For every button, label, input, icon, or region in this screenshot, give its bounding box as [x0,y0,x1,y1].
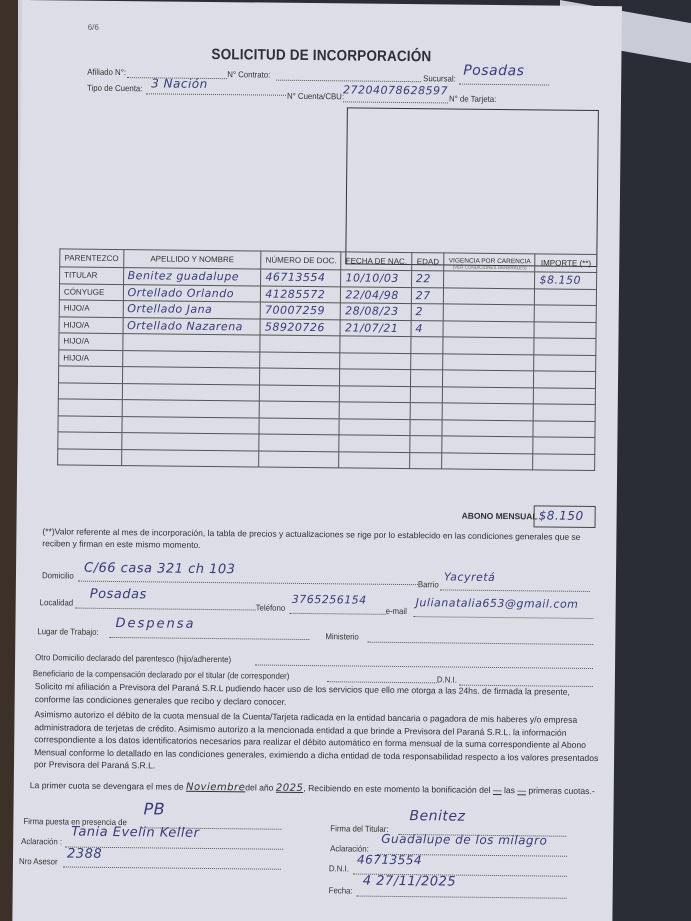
primera-cuota-mes[interactable]: Noviembre [186,782,245,794]
cell-parentezco [58,432,122,449]
cell-parentezco [58,382,122,399]
sucursal-value: Posadas [463,63,524,80]
cell-fecha[interactable] [339,435,410,452]
abono-mensual-value: $8.150 [539,508,584,522]
aclaracion-left-label: Aclaración : [21,836,62,846]
cell-importe[interactable] [533,420,595,437]
cell-vigencia[interactable] [442,452,533,469]
cell-parentezco: CÓNYUGE [59,283,123,300]
cell-nombre[interactable] [122,416,260,434]
tipo-cuenta-label: Tipo de Cuenta: [87,83,142,94]
domicilio-label: Domicilio [42,570,74,580]
cell-doc[interactable] [259,451,339,468]
cell-vigencia[interactable] [444,287,535,304]
cuenta-cbu-label: N° Cuenta/CBU: [287,91,344,102]
cell-nombre[interactable] [121,433,259,451]
trabajo-value: Despensa [115,616,195,632]
cell-importe[interactable] [535,288,597,305]
header-doc: NÚMERO DE DOC. [261,251,341,270]
cuotas-field[interactable]: — [517,785,526,795]
cell-doc[interactable]: 58920726 [260,319,340,336]
dni-label: D.N.I. [329,863,349,873]
cell-fecha[interactable] [340,352,411,369]
cell-fecha[interactable] [340,402,411,419]
cell-vigencia[interactable] [444,271,535,288]
cell-vigencia[interactable] [443,337,534,354]
cell-nombre[interactable]: Ortellado Orlando [123,284,261,302]
cell-parentezco: HIJO/A [59,316,123,333]
beneficiario-field[interactable] [327,671,437,683]
afiliado-label: Afiliado N°: [87,67,126,77]
cell-edad[interactable] [410,386,443,403]
ministerio-label: Ministerio [325,631,359,641]
autorizacion-paragraph: Asimismo autorizo el débito de la cuota … [34,708,605,776]
email-value: Julianatalia653@gmail.com [416,596,579,611]
cell-importe[interactable] [534,404,596,421]
cell-vigencia[interactable] [443,320,534,337]
cell-parentezco: TITULAR [60,267,124,284]
cell-fecha[interactable]: 10/10/03 [341,270,412,287]
beneficiario-dni-label: D.N.I. [437,674,457,684]
cell-nombre[interactable]: Benitez guadalupe [123,268,261,286]
abono-mensual-label: ABONO MENSUAL [462,511,538,522]
cell-fecha[interactable] [339,451,410,468]
contrato-label: N° Contrato: [227,69,270,79]
background-dark-surface [611,0,691,921]
header-importe: IMPORTE (**) [535,254,597,273]
header-fecha: FECHA DE NAC. [341,252,412,271]
trabajo-label: Lugar de Trabajo: [37,626,98,637]
email-label: e-mail [386,606,407,616]
form-page: 6/6 SOLICITUD DE INCORPORACIÓN Afiliado … [12,0,622,921]
cell-importe[interactable] [533,437,595,454]
price-note: (**)Valor referente al mes de incorporac… [42,525,602,555]
cell-importe[interactable] [534,338,596,355]
cell-doc[interactable]: 41285572 [261,286,341,303]
cell-parentezco [58,366,122,383]
cell-vigencia[interactable] [443,370,534,387]
primera-cuota-line: La primer cuota se devengara el mes de N… [30,780,595,797]
localidad-label: Localidad [40,597,74,607]
cell-edad[interactable]: 22 [411,271,444,288]
firma-titular-signature: Benitez [409,808,465,825]
cell-fecha[interactable] [340,336,411,353]
cell-edad[interactable] [409,452,442,469]
cell-doc[interactable] [260,368,340,385]
cell-parentezco [58,399,122,416]
cell-edad[interactable] [410,436,443,453]
otro-domicilio-field[interactable] [255,654,593,669]
cell-importe[interactable] [534,371,596,388]
cell-vigencia[interactable] [442,419,533,436]
cell-nombre[interactable]: Ortellado Nazarena [123,317,261,335]
telefono-value: 3765256154 [292,593,367,607]
cell-doc[interactable] [259,401,339,418]
cell-doc[interactable] [259,434,339,451]
cell-edad[interactable] [411,337,444,354]
otro-domicilio-label: Otro Domicilio declarado del parentesco … [35,652,231,664]
cell-nombre[interactable] [122,334,260,352]
cell-importe[interactable] [533,453,595,470]
photo-box [345,107,599,267]
cell-fecha[interactable] [339,418,410,435]
cell-edad[interactable]: 2 [411,304,444,321]
header-nombre: APELLIDO Y NOMBRE [123,250,261,269]
barrio-value: Yacyretá [444,570,495,584]
tipo-cuenta-value: 3 Nación [151,76,208,91]
cell-vigencia[interactable] [443,386,534,403]
cell-nombre[interactable] [122,383,260,401]
page-number: 6/6 [88,23,99,32]
cell-edad[interactable]: 27 [411,287,444,304]
ministerio-field[interactable] [367,632,593,645]
cell-doc[interactable]: 46713554 [261,269,341,286]
barrio-label: Barrio [418,579,439,589]
cell-edad[interactable] [410,403,443,420]
firma-titular-label: Firma del Titular: [330,823,388,834]
cell-edad[interactable]: 4 [411,320,444,337]
abono-mensual-field[interactable]: $8.150 [534,505,596,528]
cell-parentezco [58,448,122,465]
cell-edad[interactable] [410,419,443,436]
cell-nombre[interactable] [122,367,260,385]
cell-parentezco: HIJO/A [59,300,123,317]
beneficiario-label: Beneficiario de la compensación declarad… [33,668,290,681]
cell-doc[interactable] [260,385,340,402]
cell-parentezco [58,415,122,432]
cell-fecha[interactable]: 28/08/23 [341,303,412,320]
asesor-label: Nro Asesor [19,856,58,866]
firma-presencia-signature: PB [143,799,165,818]
telefono-label: Teléfono [256,602,286,612]
cell-nombre[interactable] [122,350,260,368]
cell-doc[interactable] [259,418,339,435]
cell-fecha[interactable] [340,369,411,386]
aclaracion-right-value: Guadalupe de los milagro [381,832,547,848]
cell-fecha[interactable] [340,385,411,402]
tarjeta-label: N° de Tarjeta: [449,93,496,103]
cell-fecha[interactable]: 21/07/21 [340,319,411,336]
header-edad: EDAD [411,253,444,271]
cell-fecha[interactable]: 22/04/98 [341,286,412,303]
bonificacion-field[interactable]: — [493,785,502,795]
header-parentezco: PARENTEZCO [60,249,124,268]
fecha-label: Fecha: [329,885,353,895]
cell-importe[interactable] [534,321,596,338]
family-table: PARENTEZCO APELLIDO Y NOMBRE NÚMERO DE D… [57,248,597,471]
cell-importe[interactable] [535,305,597,322]
cell-parentezco: HIJO/A [59,333,123,350]
cell-doc[interactable]: 70007259 [260,302,340,319]
asesor-value: 2388 [67,847,102,862]
cell-parentezco: HIJO/A [59,349,123,366]
cell-doc[interactable] [260,335,340,352]
cell-vigencia[interactable] [443,353,534,370]
cell-importe[interactable]: $8.150 [535,272,597,289]
primera-cuota-anio[interactable]: 2025 [276,783,304,794]
header-vigencia: VIGENCIA POR CARENCIA (VER CONDICIONES G… [444,253,535,272]
cell-doc[interactable] [260,352,340,369]
sucursal-label: Sucursal: [423,73,456,83]
cell-nombre[interactable]: Ortellado Jana [123,301,261,319]
cell-edad[interactable] [410,353,443,370]
cell-vigencia[interactable] [442,436,533,453]
fecha-value: 4 27/11/2025 [363,874,456,890]
cell-vigencia[interactable] [444,304,535,321]
cell-nombre[interactable] [121,449,259,467]
cell-importe[interactable] [534,387,596,404]
domicilio-value: C/66 casa 321 ch 103 [84,561,236,578]
cuenta-cbu-value: 27204078628597 [343,83,448,97]
solicitud-paragraph: Solicito mi afiliación a Previsora del P… [35,680,605,711]
localidad-value: Posadas [90,587,147,603]
cell-edad[interactable] [410,370,443,387]
dni-value: 46713554 [357,853,422,868]
aclaracion-left-value: Tania Evelin Keller [71,825,199,841]
cell-nombre[interactable] [122,400,260,418]
cell-vigencia[interactable] [443,403,534,420]
cell-importe[interactable] [534,354,596,371]
contrato-field[interactable] [276,70,421,83]
